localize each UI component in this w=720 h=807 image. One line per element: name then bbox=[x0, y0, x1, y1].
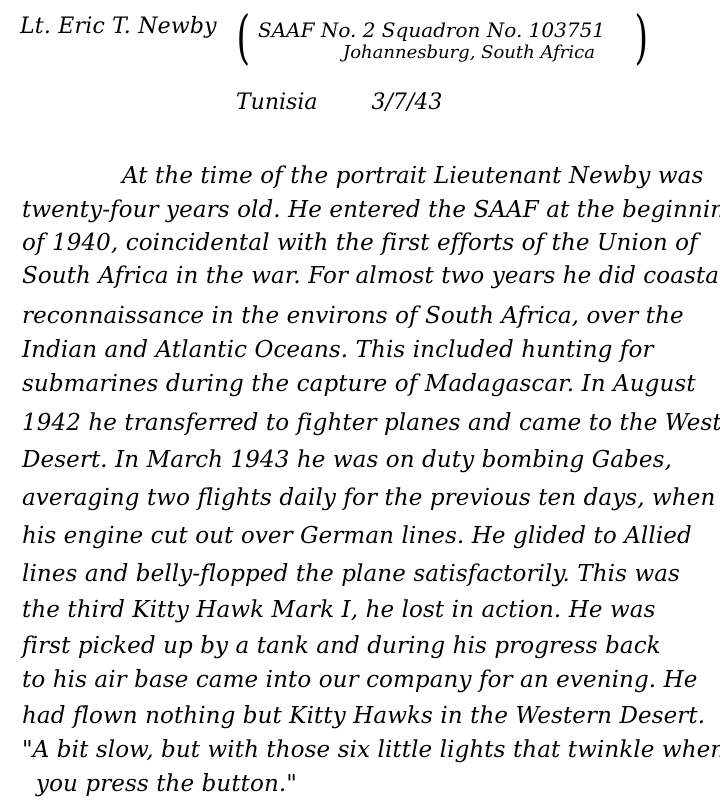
open-parenthesis: ( bbox=[237, 8, 251, 66]
body-line: averaging two flights daily for the prev… bbox=[22, 485, 715, 511]
place-date-heading: Tunisia3/7/43 bbox=[236, 90, 442, 115]
body-line: had flown nothing but Kitty Hawks in the… bbox=[22, 703, 705, 729]
unit-info: SAAF No. 2 Squadron No. 103751 bbox=[258, 18, 605, 42]
body-line: lines and belly-flopped the plane satisf… bbox=[22, 561, 680, 587]
close-parenthesis: ) bbox=[635, 8, 649, 66]
body-line: of 1940, coincidental with the first eff… bbox=[22, 230, 698, 256]
body-line: South Africa in the war. For almost two … bbox=[22, 263, 720, 289]
body-line: first picked up by a tank and during his… bbox=[22, 633, 661, 659]
body-line: Desert. In March 1943 he was on duty bom… bbox=[22, 447, 672, 473]
body-line: 1942 he transferred to fighter planes an… bbox=[22, 410, 720, 436]
body-line: the third Kitty Hawk Mark I, he lost in … bbox=[22, 597, 656, 623]
place: Tunisia bbox=[236, 90, 318, 115]
body-line: to his air base came into our company fo… bbox=[22, 667, 698, 693]
date: 3/7/43 bbox=[372, 90, 443, 115]
body-line: At the time of the portrait Lieutenant N… bbox=[122, 163, 703, 189]
body-line: "A bit slow, but with those six little l… bbox=[22, 737, 720, 763]
body-line: submarines during the capture of Madagas… bbox=[22, 371, 696, 397]
body-line: Indian and Atlantic Oceans. This include… bbox=[22, 337, 654, 363]
body-line: twenty-four years old. He entered the SA… bbox=[22, 197, 720, 223]
body-line: reconnaissance in the environs of South … bbox=[22, 303, 684, 329]
body-line: his engine cut out over German lines. He… bbox=[22, 523, 692, 549]
author-name: Lt. Eric T. Newby bbox=[20, 14, 217, 39]
location: Johannesburg, South Africa bbox=[343, 42, 595, 63]
body-line: you press the button." bbox=[36, 771, 297, 797]
